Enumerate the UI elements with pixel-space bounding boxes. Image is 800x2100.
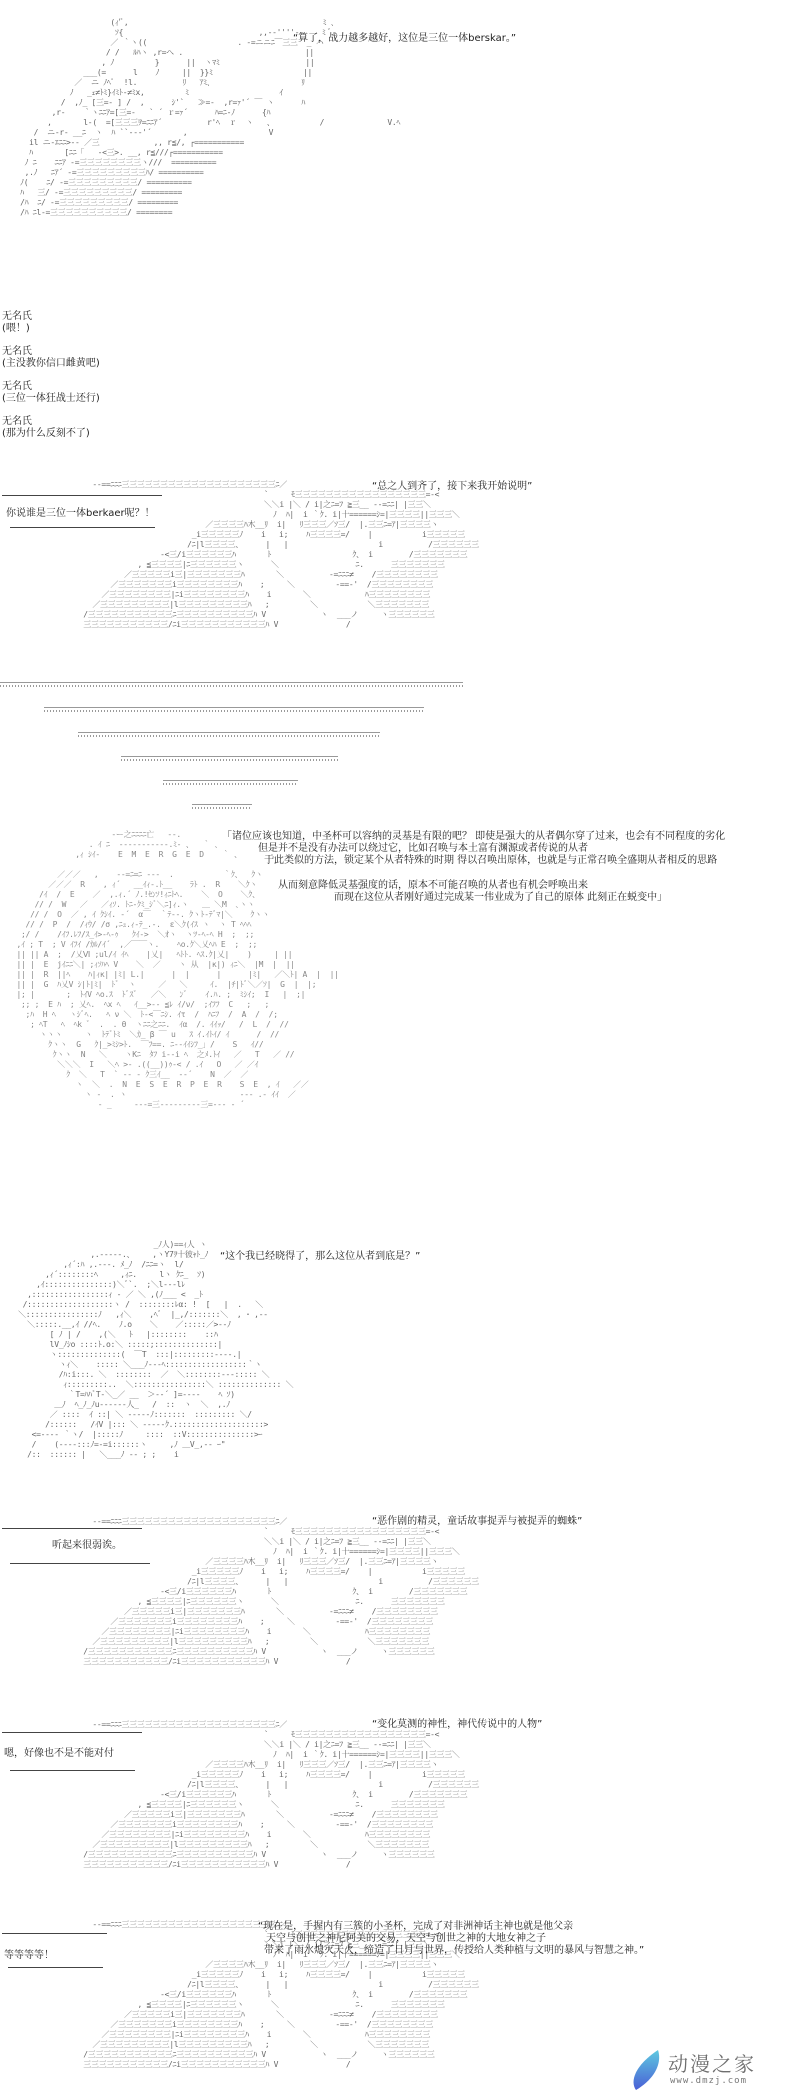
separator-bar <box>163 780 298 785</box>
divider-line <box>10 527 155 528</box>
watermark-url: www.dmzj.com <box>670 2076 747 2086</box>
chat-username: 无名氏 <box>2 416 32 428</box>
separator-bar <box>78 732 380 737</box>
side-text-panel-5: 听起来很弱诶。 <box>52 1540 122 1552</box>
dialogue-panel-1: “算了，战力越多越好，这位是三位一体berskar。” <box>293 33 516 45</box>
separator-bar <box>0 682 463 687</box>
chat-username: 无名氏 <box>2 381 32 393</box>
narration-line: 带来了雨水熄灭天火，缔造了日月与世界，传授给人类种植与文明的暴风与智慧之神。” <box>264 1945 644 1957</box>
dialogue-panel-6: “变化莫测的神性，神代传说中的人物” <box>372 1719 542 1731</box>
separator-bar <box>44 707 424 712</box>
narration-line: 于此类似的方法，锁定某个从者特殊的时期 得以召唤出原体，也就是与正常召唤全盛期从… <box>264 855 717 867</box>
ascii-art-panel-2: ‐‐==ﾆﾆﾆ三三三三三三三三三三三三三三三三三三三三ﾆ／ ` ﾓ三三三三三三三… <box>2 480 479 630</box>
chat-username: 无名氏 <box>2 346 32 358</box>
narration-line: 「诸位应该也知道，中圣杯可以容纳的灵基是有限的吧？ 即使是强大的从者偶尔穿了过来… <box>222 831 725 843</box>
narration-line: 从而刻意降低灵基强度的话，原本不可能召唤的从者也有机会呼唤出来 <box>278 880 588 892</box>
dialogue-panel-5: “恶作剧的精灵，童话故事捉弄与被捉弄的蜘蛛” <box>372 1516 582 1528</box>
divider-line <box>10 1770 135 1771</box>
dialogue-panel-4: “这个我已经晓得了，那么这位从者到底是？” <box>220 1251 420 1263</box>
chat-message: (喂！) <box>2 323 30 335</box>
divider-line <box>10 1563 150 1564</box>
narration-line: 但是并不是没有办法可以绕过它，比如召唤与本土富有渊源或者传说的从者 <box>258 843 588 855</box>
narration-line: “现在是，手握内有三簇的小圣杯，完成了对非洲神话主神也就是他父亲 <box>258 1921 573 1933</box>
chat-message: (三位一体狂战士还行) <box>2 393 100 405</box>
divider-line <box>2 1732 142 1733</box>
chat-username: 无名氏 <box>2 311 32 323</box>
dialogue-panel-2: “总之人到齐了，接下来我开始说明” <box>372 481 532 493</box>
dmzj-watermark: 动漫之家 www.dmzj.com <box>628 2046 798 2096</box>
ascii-art-panel-4: _ﾉ人)==ｨ人 ヽ ,.‐‐‐‐‐.、 ,ヽY7ｦ十彼ｬﾄ_ﾉ ,ｨ´:ﾊ ,… <box>0 1240 293 1460</box>
separator-bar <box>192 804 252 809</box>
ascii-art-magic-circle: ‐ー之ﾆﾆﾆﾆ亡 ‐‐. . ｲ ﾆ ‐‐‐‐‐‐‐‐‐‐‐.ﾐ‐ 、 ｀ ､ … <box>12 830 339 1110</box>
ascii-art-panel-1: (ｨ'ﾞ, ﾐ ､ ｿ{ ,,-‐''''-- ﾐ ﾞ ／ ｀ヽ(( . -=ニ… <box>2 18 400 218</box>
watermark-name: 动漫之家 <box>668 2048 756 2077</box>
chat-message: (那为什么反刻不了) <box>2 428 90 440</box>
narration-line: 而现在这位从者刚好通过完成某一伟业成为了自己的原体 此刻正在蜕变中」 <box>334 892 667 904</box>
side-text-panel-2: 你说谁是三位一体berkaer呢？！ <box>6 508 155 520</box>
separator-bar <box>121 756 338 761</box>
divider-line <box>8 1967 103 1968</box>
divider-line <box>2 1933 107 1934</box>
comic-page: (ｨ'ﾞ, ﾐ ､ ｿ{ ,,-‐''''-- ﾐ ﾞ ／ ｀ヽ(( . -=ニ… <box>0 0 600 2100</box>
side-text-panel-6: 嗯，好像也不是不能对付 <box>4 1748 114 1760</box>
divider-line <box>2 495 162 496</box>
divider-line <box>2 1528 142 1529</box>
leaf-logo-icon <box>628 2048 662 2092</box>
ascii-art-panel-6: ‐‐==ﾆﾆﾆ三三三三三三三三三三三三三三三三三三三三ﾆ／ ` ﾓ三三三三三三三… <box>2 1720 479 1870</box>
narration-line: 天空与创世之神尼阿美的交易，天空与创世之神的大地女神之子 <box>266 1933 546 1945</box>
chat-message: (主没教你信口雌黄吧) <box>2 358 100 370</box>
side-text-panel-7: 等等等等！ <box>4 1950 54 1962</box>
